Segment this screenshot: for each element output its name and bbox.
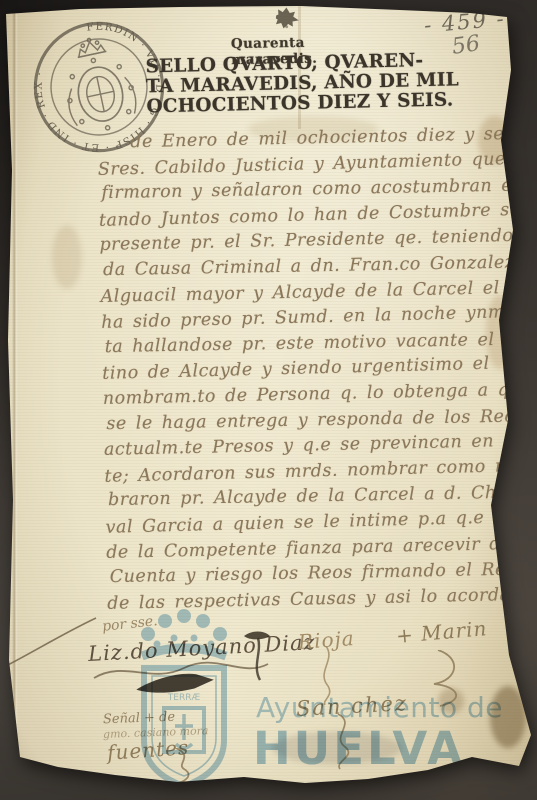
- signature-moyano: Liz.do Moyano Diaz: [88, 630, 317, 666]
- manuscript-paper: FERDIN · VII · D · G · HISP · ET · IND ·…: [0, 0, 537, 800]
- printed-cross-smudge-icon: [274, 4, 303, 31]
- ink-blot: [133, 666, 221, 701]
- pen-slash-stroke: [0, 612, 100, 672]
- stain: [272, 732, 402, 764]
- signature-rioja: Rioja: [297, 626, 355, 654]
- signature-fuentes: fuentes: [106, 735, 190, 765]
- paper-wrapper: FERDIN · VII · D · G · HISP · ET · IND ·…: [0, 0, 537, 800]
- scan-background: FERDIN · VII · D · G · HISP · ET · IND ·…: [0, 0, 537, 800]
- printed-heading: SELLO QVARTO, QVAREN- TA MARAVEDIS, AÑO …: [145, 51, 446, 118]
- stain: [490, 686, 526, 748]
- watermark-motto: TERRÆ: [167, 693, 201, 703]
- binding-crease: [12, 0, 18, 800]
- stain: [438, 688, 464, 714]
- senal-de-note: Señal + de: [103, 710, 176, 728]
- stain: [52, 225, 82, 289]
- manuscript-body: de Enero de mil ochocientos diez y seis.…: [97, 122, 533, 617]
- signature-sanchez: San chez: [295, 691, 408, 721]
- heading-line: OCHOCIENTOS DIEZ Y SEIS.: [146, 91, 446, 118]
- pencil-number: 56: [450, 31, 481, 60]
- signature-marin: + Marin: [395, 616, 488, 648]
